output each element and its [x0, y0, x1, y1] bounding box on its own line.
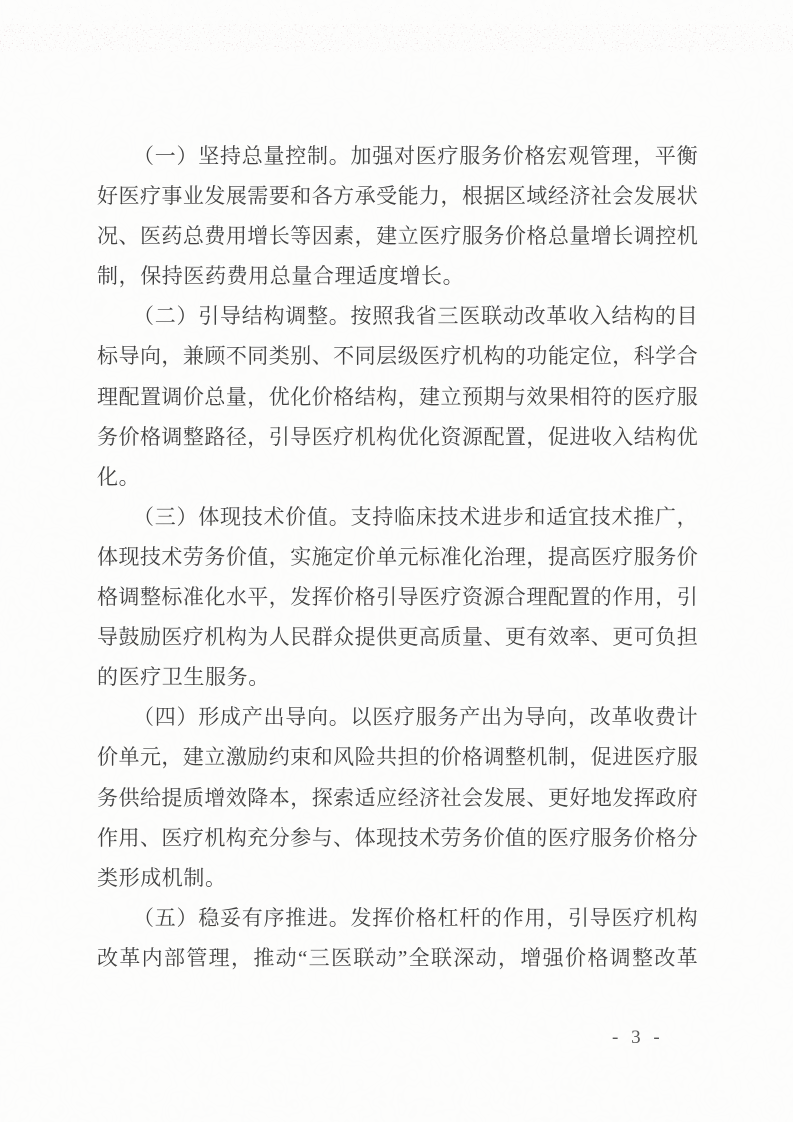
text-line: 况、医药总费用增长等因素，建立医疗服务价格总量增长调控机	[97, 216, 698, 256]
noise-band-upper	[0, 4, 793, 22]
text-line: （一）坚持总量控制。加强对医疗服务价格宏观管理，平衡	[97, 136, 698, 176]
text-line: 理配置调价总量，优化价格结构，建立预期与效果相符的医疗服	[97, 377, 698, 417]
paragraph-item-3: （三）体现技术价值。支持临床技术进步和适宜技术推广，体现技术劳务价值，实施定价单…	[97, 497, 698, 697]
text-line: 务供给提质增效降本，探索适应经济社会发展、更好地发挥政府	[97, 778, 698, 818]
text-line: 作用、医疗机构充分参与、体现技术劳务价值的医疗服务价格分	[97, 818, 698, 858]
text-line: （四）形成产出导向。以医疗服务产出为导向，改革收费计	[97, 697, 698, 737]
noise-band-lower	[0, 24, 793, 52]
text-line: （五）稳妥有序推进。发挥价格杠杆的作用，引导医疗机构	[97, 898, 698, 938]
text-line: 制，保持医药费用总量合理适度增长。	[97, 256, 698, 296]
paragraph-item-1: （一）坚持总量控制。加强对医疗服务价格宏观管理，平衡好医疗事业发展需要和各方承受…	[97, 136, 698, 296]
text-line: 标导向，兼顾不同类别、不同层级医疗机构的功能定位，科学合	[97, 336, 698, 376]
paragraph-item-2: （二）引导结构调整。按照我省三医联动改革收入结构的目标导向，兼顾不同类别、不同层…	[97, 296, 698, 496]
paragraph-item-5: （五）稳妥有序推进。发挥价格杠杆的作用，引导医疗机构改革内部管理，推动“三医联动…	[97, 898, 698, 978]
text-line: 价单元，建立激励约束和风险共担的价格调整机制，促进医疗服	[97, 737, 698, 777]
text-line: 的医疗卫生服务。	[97, 657, 698, 697]
text-line: 化。	[97, 457, 698, 497]
text-line: 改革内部管理，推动“三医联动”全联深动，增强价格调整改革	[97, 938, 698, 978]
paragraph-item-4: （四）形成产出导向。以医疗服务产出为导向，改革收费计价单元，建立激励约束和风险共…	[97, 697, 698, 897]
text-line: 类形成机制。	[97, 858, 698, 898]
text-line: 务价格调整路径，引导医疗机构优化资源配置，促进收入结构优	[97, 417, 698, 457]
text-line: 体现技术劳务价值，实施定价单元标准化治理，提高医疗服务价	[97, 537, 698, 577]
document-page: （一）坚持总量控制。加强对医疗服务价格宏观管理，平衡好医疗事业发展需要和各方承受…	[0, 0, 793, 1122]
text-line: （二）引导结构调整。按照我省三医联动改革收入结构的目	[97, 296, 698, 336]
text-line: 格调整标准化水平，发挥价格引导医疗资源合理配置的作用，引	[97, 577, 698, 617]
document-body: （一）坚持总量控制。加强对医疗服务价格宏观管理，平衡好医疗事业发展需要和各方承受…	[97, 136, 698, 978]
text-line: 好医疗事业发展需要和各方承受能力，根据区域经济社会发展状	[97, 176, 698, 216]
text-line: 导鼓励医疗机构为人民群众提供更高质量、更有效率、更可负担	[97, 617, 698, 657]
text-line: （三）体现技术价值。支持临床技术进步和适宜技术推广，	[97, 497, 698, 537]
page-number: - 3 -	[612, 1026, 664, 1050]
